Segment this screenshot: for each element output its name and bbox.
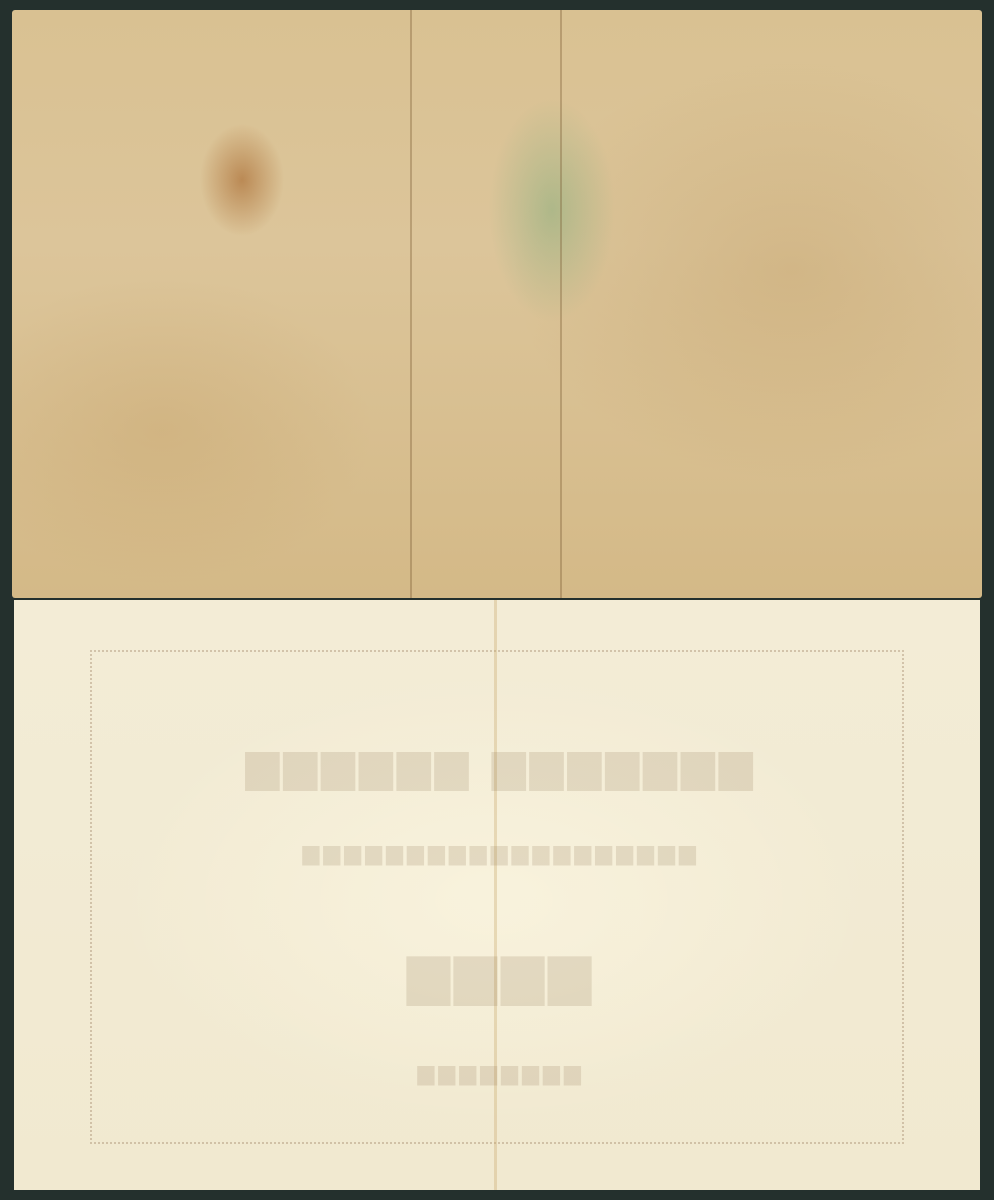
bottom-banknote: ▆▆▆▆▆▆▆ ▆▆▆▆▆▆ ▆▆▆▆▆▆▆▆▆▆▆▆▆▆▆▆▆▆▆ ▆▆▆▆ … bbox=[14, 600, 980, 1190]
show-through-text: ▆▆▆▆▆▆▆▆▆▆▆▆▆▆▆▆▆▆▆ bbox=[14, 840, 980, 866]
top-banknote bbox=[12, 10, 982, 598]
show-through-text: ▆▆▆▆ bbox=[14, 940, 980, 1006]
fold-line bbox=[494, 600, 497, 1190]
show-through-text: ▆▆▆▆▆▆▆▆ bbox=[14, 1060, 980, 1086]
fold-line bbox=[410, 10, 412, 598]
fold-line bbox=[560, 10, 562, 598]
show-through-text: ▆▆▆▆▆▆▆ ▆▆▆▆▆▆ bbox=[14, 740, 980, 791]
